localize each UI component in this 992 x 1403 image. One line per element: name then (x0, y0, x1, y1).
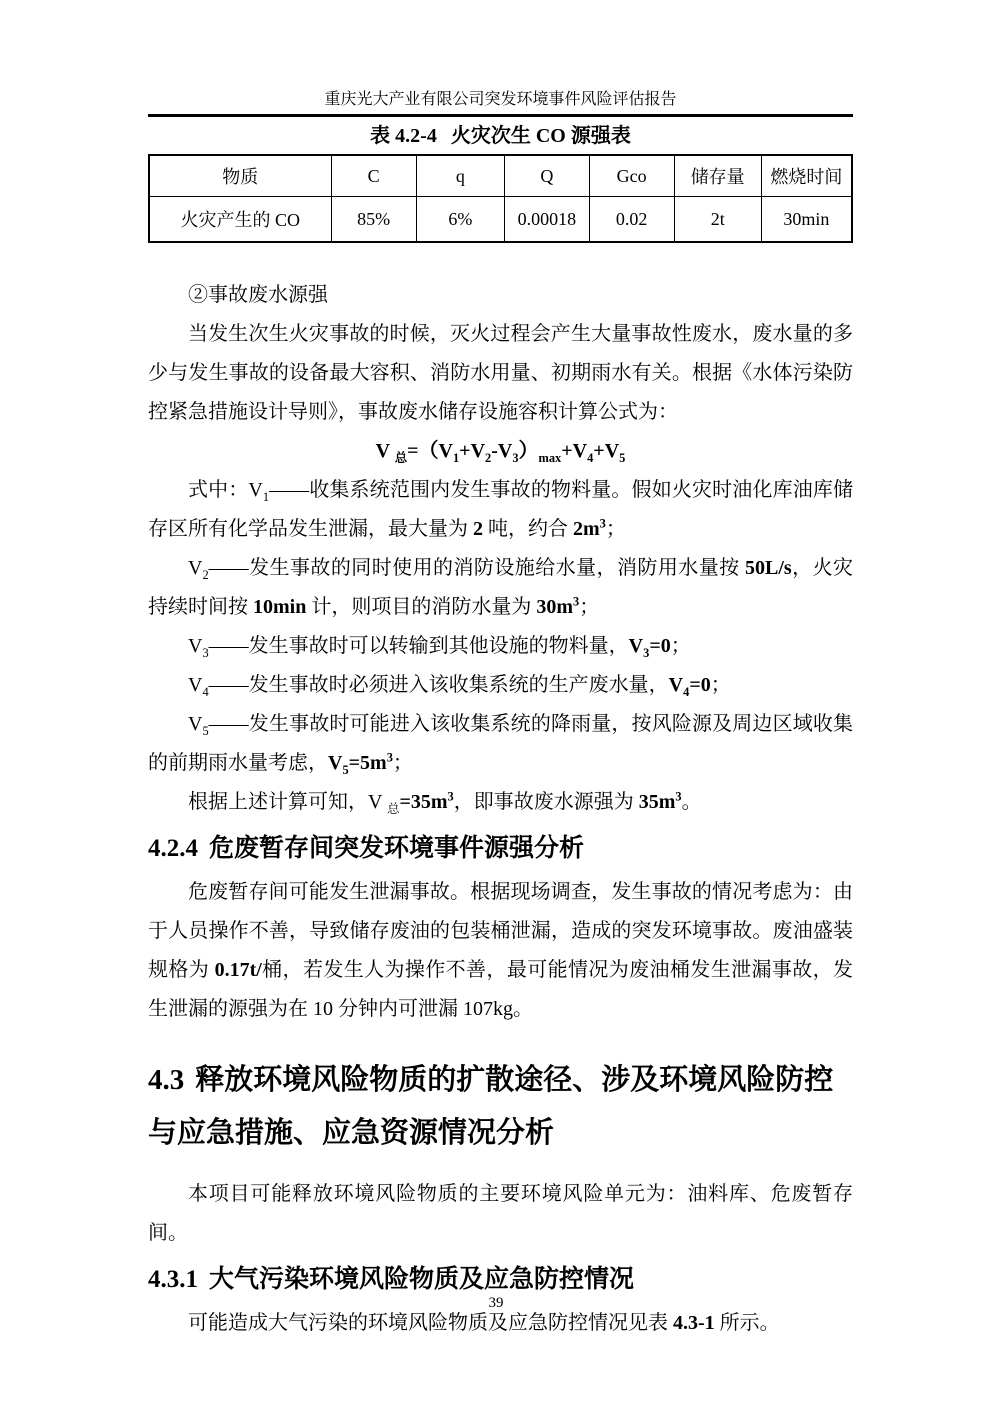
table-header-c: C (331, 155, 416, 197)
table-header-q-lower: q (416, 155, 505, 197)
page-content: 重庆光大产业有限公司突发环境事件风险评估报告 表 4.2-4火灾次生 CO 源强… (148, 90, 853, 1343)
paragraph-v5-definition: V5——发生事故时可能进入该收集系统的降雨量，按风险源及周边区域收集的前期雨水量… (148, 705, 853, 783)
table-header-substance: 物质 (149, 155, 331, 197)
formula-total-volume: V 总=（V1+V2-V3）max+V4+V5 (148, 432, 853, 471)
paragraph-wastewater-source-label: ②事故废水源强 (148, 276, 853, 315)
table-header-gco: Gco (589, 155, 674, 197)
table-cell-c: 85% (331, 197, 416, 243)
table-cell-q-upper: 0.00018 (505, 197, 589, 243)
page-number: 39 (489, 1295, 504, 1311)
table-cell-burn-time: 30min (761, 197, 852, 243)
paragraph-hazwaste-leak: 危废暂存间可能发生泄漏事故。根据现场调查，发生事故的情况考虑为：由于人员操作不善… (148, 873, 853, 1029)
heading-4-2-4: 4.2.4危废暂存间突发环境事件源强分析 (148, 831, 853, 866)
paragraph-wastewater-conclusion: 根据上述计算可知，V 总=35m3，即事故废水源强为 35m3。 (148, 783, 853, 822)
table-header-storage: 储存量 (674, 155, 761, 197)
paragraph-v2-definition: V2——发生事故的同时使用的消防设施给水量，消防用水量按 50L/s，火灾持续时… (148, 549, 853, 627)
heading-4-3-number: 4.3 (148, 1064, 184, 1096)
heading-4-2-4-title: 危废暂存间突发环境事件源强分析 (209, 834, 584, 862)
table-caption-title: 火灾次生 CO 源强表 (451, 125, 631, 147)
paragraph-v4-definition: V4——发生事故时必须进入该收集系统的生产废水量，V4=0； (148, 666, 853, 705)
table-header-burn-time: 燃烧时间 (761, 155, 852, 197)
page-footer: 39 (0, 1295, 992, 1312)
heading-4-3-1-title: 大气污染环境风险物质及应急防控情况 (209, 1265, 634, 1293)
running-header: 重庆光大产业有限公司突发环境事件风险评估报告 (148, 90, 853, 110)
paragraph-v3-definition: V3——发生事故时可以转输到其他设施的物料量，V3=0； (148, 627, 853, 666)
table-caption-label: 表 4.2-4 (370, 125, 437, 147)
table-header-q-upper: Q (505, 155, 589, 197)
table-header-row: 物质 C q Q Gco 储存量 燃烧时间 (149, 155, 852, 197)
paragraph-v1-definition: 式中：V1——收集系统范围内发生事故的物料量。假如火灾时油化库油库储存区所有化学… (148, 471, 853, 549)
heading-4-3-1: 4.3.1大气污染环境风险物质及应急防控情况 (148, 1262, 853, 1297)
paragraph-risk-units: 本项目可能释放环境风险物质的主要环境风险单元为：油料库、危废暂存间。 (148, 1175, 853, 1253)
paragraph-wastewater-intro: 当发生次生火灾事故的时候，灭火过程会产生大量事故性废水，废水量的多少与发生事故的… (148, 315, 853, 432)
table-cell-substance: 火灾产生的 CO (149, 197, 331, 243)
table-caption: 表 4.2-4火灾次生 CO 源强表 (148, 124, 853, 148)
co-source-strength-table: 物质 C q Q Gco 储存量 燃烧时间 火灾产生的 CO 85% 6% 0.… (148, 154, 853, 243)
body-text: ②事故废水源强 当发生次生火灾事故的时候，灭火过程会产生大量事故性废水，废水量的… (148, 276, 853, 1343)
heading-4-3-1-number: 4.3.1 (148, 1266, 198, 1293)
document-page: 重庆光大产业有限公司突发环境事件风险评估报告 表 4.2-4火灾次生 CO 源强… (0, 0, 992, 1403)
header-divider (148, 114, 853, 117)
heading-4-2-4-number: 4.2.4 (148, 835, 198, 862)
table-row: 火灾产生的 CO 85% 6% 0.00018 0.02 2t 30min (149, 197, 852, 243)
table-cell-storage: 2t (674, 197, 761, 243)
table-cell-gco: 0.02 (589, 197, 674, 243)
heading-4-3: 4.3释放环境风险物质的扩散途径、涉及环境风险防控与应急措施、应急资源情况分析 (148, 1054, 853, 1160)
heading-4-3-title: 释放环境风险物质的扩散途径、涉及环境风险防控与应急措施、应急资源情况分析 (148, 1064, 833, 1149)
table-cell-q-lower: 6% (416, 197, 505, 243)
